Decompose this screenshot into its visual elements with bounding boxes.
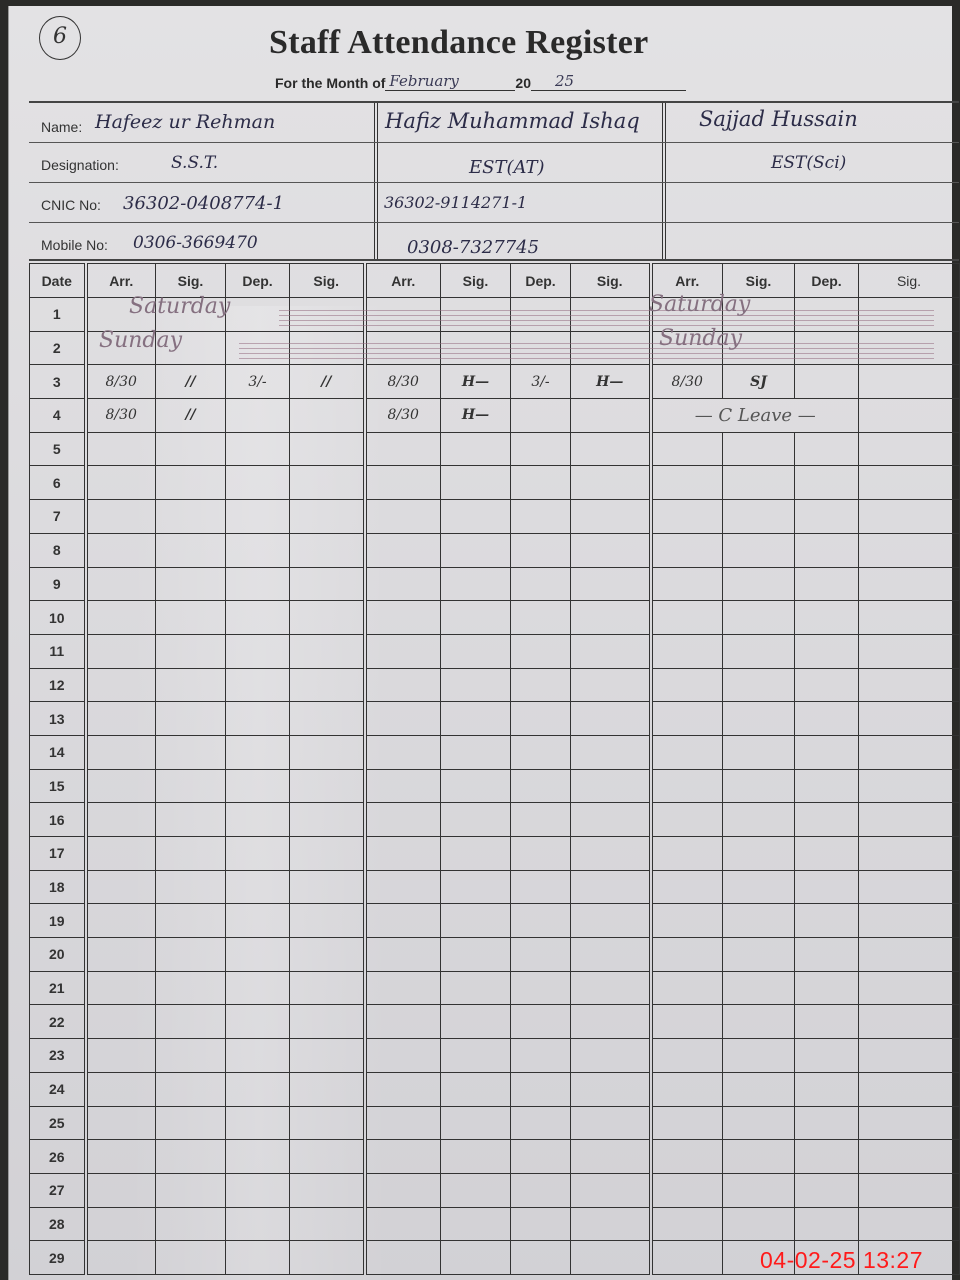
empty-cell: [723, 1173, 795, 1207]
empty-cell: [156, 769, 226, 803]
empty-cell: [571, 837, 651, 871]
table-row: 24: [30, 1072, 960, 1106]
empty-cell: [511, 634, 571, 668]
empty-cell: [290, 904, 365, 938]
empty-cell: [571, 904, 651, 938]
empty-cell: [511, 1140, 571, 1174]
header-sig: Sig.: [859, 264, 960, 298]
month-label: For the Month of: [275, 75, 385, 91]
empty-cell: [723, 803, 795, 837]
empty-cell: [511, 1173, 571, 1207]
date-cell: 18: [30, 870, 86, 904]
empty-cell: [511, 904, 571, 938]
empty-cell: [511, 567, 571, 601]
empty-cell: [511, 735, 571, 769]
empty-cell: [226, 1005, 290, 1039]
empty-cell: [156, 803, 226, 837]
date-cell: 17: [30, 837, 86, 871]
empty-cell: [511, 399, 571, 433]
empty-cell: [723, 432, 795, 466]
empty-cell: [365, 837, 441, 871]
empty-cell: [226, 1241, 290, 1275]
empty-cell: [795, 769, 859, 803]
empty-cell: [859, 533, 960, 567]
date-cell: 27: [30, 1173, 86, 1207]
empty-cell: [226, 769, 290, 803]
empty-cell: [859, 601, 960, 635]
empty-cell: [795, 735, 859, 769]
empty-cell: [795, 432, 859, 466]
signature-cell: H—: [441, 399, 511, 433]
empty-cell: [226, 938, 290, 972]
date-cell: 21: [30, 971, 86, 1005]
empty-cell: [651, 837, 723, 871]
empty-cell: [795, 1039, 859, 1073]
time-cell: 8/30: [86, 399, 156, 433]
empty-cell: [226, 971, 290, 1005]
empty-cell: [86, 803, 156, 837]
empty-cell: [859, 1005, 960, 1039]
empty-cell: [86, 1140, 156, 1174]
empty-cell: [365, 971, 441, 1005]
empty-cell: [651, 938, 723, 972]
table-row: 6: [30, 466, 960, 500]
empty-cell: [723, 1072, 795, 1106]
month-line: For the Month of February 20 25: [275, 72, 686, 91]
date-cell: 14: [30, 735, 86, 769]
empty-cell: [290, 971, 365, 1005]
empty-cell: [859, 702, 960, 736]
empty-cell: [441, 1207, 511, 1241]
empty-cell: [651, 904, 723, 938]
empty-cell: [86, 702, 156, 736]
empty-cell: [290, 601, 365, 635]
empty-cell: [859, 634, 960, 668]
holiday-strike-row-2: [239, 339, 934, 361]
empty-cell: [723, 668, 795, 702]
date-cell: 26: [30, 1140, 86, 1174]
empty-cell: [723, 837, 795, 871]
empty-cell: [511, 1106, 571, 1140]
empty-cell: [651, 769, 723, 803]
empty-cell: [795, 971, 859, 1005]
empty-cell: [859, 803, 960, 837]
empty-cell: [86, 1173, 156, 1207]
holiday-strike-row-1: [279, 306, 934, 328]
empty-cell: [156, 1173, 226, 1207]
staff-2-name: Hafiz Muhammad Ishaq: [385, 109, 640, 133]
date-cell: 6: [30, 466, 86, 500]
header-dep: Dep.: [226, 264, 290, 298]
empty-cell: [511, 870, 571, 904]
header-dep: Dep.: [795, 264, 859, 298]
empty-cell: [86, 1207, 156, 1241]
year-prefix: 20: [515, 75, 531, 91]
empty-cell: [723, 500, 795, 534]
table-row: 11: [30, 634, 960, 668]
empty-cell: [571, 702, 651, 736]
empty-cell: [290, 668, 365, 702]
empty-cell: [86, 870, 156, 904]
table-row: 38/30//3/-//8/30H—3/-H—8/30SJ: [30, 365, 960, 399]
empty-cell: [156, 702, 226, 736]
table-row: 27: [30, 1173, 960, 1207]
table-row: 15: [30, 769, 960, 803]
staff-3-designation: EST(Sci): [771, 153, 846, 173]
empty-cell: [441, 769, 511, 803]
table-row: 10: [30, 601, 960, 635]
empty-cell: [226, 601, 290, 635]
table-row: 9: [30, 567, 960, 601]
empty-cell: [441, 870, 511, 904]
empty-cell: [441, 601, 511, 635]
empty-cell: [795, 533, 859, 567]
empty-cell: [859, 1106, 960, 1140]
empty-cell: [651, 668, 723, 702]
empty-cell: [156, 1039, 226, 1073]
empty-cell: [226, 837, 290, 871]
time-cell: 8/30: [86, 365, 156, 399]
name-label: Name:: [41, 119, 82, 135]
empty-cell: [723, 769, 795, 803]
date-cell: 11: [30, 634, 86, 668]
empty-cell: [723, 702, 795, 736]
empty-cell: [859, 769, 960, 803]
empty-cell: [365, 870, 441, 904]
empty-cell: [859, 567, 960, 601]
table-row: 14: [30, 735, 960, 769]
empty-cell: [441, 1039, 511, 1073]
empty-cell: [859, 1207, 960, 1241]
empty-cell: [441, 500, 511, 534]
empty-cell: [795, 1140, 859, 1174]
cnic-row: CNIC No: 36302-0408774-1 36302-9114271-1: [29, 183, 959, 223]
empty-cell: [795, 601, 859, 635]
header-dep: Dep.: [511, 264, 571, 298]
empty-cell: [511, 938, 571, 972]
register-page: 6 Staff Attendance Register For the Mont…: [8, 6, 952, 1280]
year-value: 25: [531, 72, 686, 91]
empty-cell: [441, 904, 511, 938]
empty-cell: [290, 837, 365, 871]
empty-cell: [441, 432, 511, 466]
empty-cell: [86, 1106, 156, 1140]
empty-cell: [86, 533, 156, 567]
table-row: 5: [30, 432, 960, 466]
empty-cell: [795, 634, 859, 668]
empty-cell: [441, 1106, 511, 1140]
empty-cell: [723, 1039, 795, 1073]
empty-cell: [226, 1207, 290, 1241]
empty-cell: [651, 533, 723, 567]
empty-cell: [226, 1039, 290, 1073]
empty-cell: [511, 500, 571, 534]
empty-cell: [226, 1140, 290, 1174]
empty-cell: [651, 1039, 723, 1073]
empty-cell: [365, 432, 441, 466]
empty-cell: [290, 634, 365, 668]
empty-cell: [441, 837, 511, 871]
empty-cell: [86, 837, 156, 871]
empty-cell: [571, 1005, 651, 1039]
empty-cell: [859, 870, 960, 904]
empty-cell: [441, 1241, 511, 1275]
empty-cell: [156, 601, 226, 635]
empty-cell: [571, 634, 651, 668]
empty-cell: [226, 668, 290, 702]
empty-cell: [859, 735, 960, 769]
empty-cell: [365, 1005, 441, 1039]
time-cell: 3/-: [226, 365, 290, 399]
staff-2-designation: EST(AT): [469, 157, 545, 178]
empty-cell: [156, 1241, 226, 1275]
date-cell: 10: [30, 601, 86, 635]
empty-cell: [511, 601, 571, 635]
empty-cell: [511, 466, 571, 500]
empty-cell: [795, 870, 859, 904]
staff-1-cnic: 36302-0408774-1: [123, 193, 284, 214]
empty-cell: [571, 1106, 651, 1140]
empty-cell: [86, 466, 156, 500]
empty-cell: [795, 1207, 859, 1241]
date-cell: 28: [30, 1207, 86, 1241]
empty-cell: [859, 1039, 960, 1073]
empty-cell: [365, 702, 441, 736]
time-cell: 8/30: [365, 365, 441, 399]
empty-cell: [226, 533, 290, 567]
empty-cell: [723, 938, 795, 972]
date-cell: 25: [30, 1106, 86, 1140]
empty-cell: [441, 1005, 511, 1039]
empty-cell: [156, 634, 226, 668]
empty-cell: [365, 769, 441, 803]
empty-cell: [651, 1106, 723, 1140]
empty-cell: [86, 634, 156, 668]
empty-cell: [86, 1072, 156, 1106]
empty-cell: [511, 1241, 571, 1275]
empty-cell: [571, 1207, 651, 1241]
empty-cell: [226, 432, 290, 466]
name-row: Name: Hafeez ur Rehman Hafiz Muhammad Is…: [29, 103, 959, 143]
time-cell: 3/-: [511, 365, 571, 399]
empty-cell: [571, 769, 651, 803]
empty-cell: [156, 735, 226, 769]
staff-3-name: Sajjad Hussain: [699, 107, 858, 131]
empty-cell: [795, 1106, 859, 1140]
signature-cell: //: [156, 399, 226, 433]
empty-cell: [795, 803, 859, 837]
empty-cell: [365, 500, 441, 534]
header-sig: Sig.: [441, 264, 511, 298]
empty-cell: [511, 837, 571, 871]
empty-cell: [571, 399, 651, 433]
empty-cell: [86, 769, 156, 803]
empty-cell: [156, 1106, 226, 1140]
table-row: 48/30//8/30H—— C Leave —: [30, 399, 960, 433]
empty-cell: [571, 1241, 651, 1275]
table-row: 17: [30, 837, 960, 871]
date-cell: 20: [30, 938, 86, 972]
date-cell: 22: [30, 1005, 86, 1039]
empty-cell: [859, 466, 960, 500]
empty-cell: [859, 904, 960, 938]
empty-cell: [365, 1106, 441, 1140]
empty-cell: [365, 466, 441, 500]
empty-cell: [156, 1207, 226, 1241]
empty-cell: [226, 803, 290, 837]
empty-cell: [226, 466, 290, 500]
empty-cell: [86, 567, 156, 601]
empty-cell: [511, 533, 571, 567]
holiday-label-saturday: Saturday: [129, 294, 230, 319]
empty-cell: [441, 533, 511, 567]
empty-cell: [86, 735, 156, 769]
empty-cell: [156, 668, 226, 702]
cnic-label: CNIC No:: [41, 197, 101, 213]
empty-cell: [511, 668, 571, 702]
signature-cell: SJ: [723, 365, 795, 399]
empty-cell: [571, 432, 651, 466]
empty-cell: [156, 567, 226, 601]
header-sig: Sig.: [290, 264, 365, 298]
empty-cell: [441, 1072, 511, 1106]
empty-cell: [859, 500, 960, 534]
staff-1-name: Hafeez ur Rehman: [95, 111, 275, 133]
empty-cell: [651, 1173, 723, 1207]
empty-cell: [365, 1173, 441, 1207]
empty-cell: [795, 466, 859, 500]
empty-cell: [290, 432, 365, 466]
empty-cell: [651, 971, 723, 1005]
table-row: 28: [30, 1207, 960, 1241]
table-row: 25: [30, 1106, 960, 1140]
empty-cell: [723, 601, 795, 635]
empty-cell: [651, 1005, 723, 1039]
empty-cell: [290, 803, 365, 837]
empty-cell: [226, 904, 290, 938]
empty-cell: [290, 500, 365, 534]
empty-cell: [795, 500, 859, 534]
empty-cell: [441, 668, 511, 702]
empty-cell: [511, 702, 571, 736]
empty-cell: [441, 702, 511, 736]
empty-cell: [156, 938, 226, 972]
date-cell: 19: [30, 904, 86, 938]
empty-cell: [226, 1173, 290, 1207]
empty-cell: [365, 938, 441, 972]
empty-cell: [571, 668, 651, 702]
designation-label: Designation:: [41, 157, 119, 173]
empty-cell: [571, 601, 651, 635]
empty-cell: [156, 971, 226, 1005]
month-value: February: [385, 72, 515, 91]
empty-cell: [651, 1241, 723, 1275]
table-row: 8: [30, 533, 960, 567]
empty-cell: [651, 870, 723, 904]
designation-row: Designation: S.S.T. EST(AT) EST(Sci): [29, 143, 959, 183]
empty-cell: [651, 634, 723, 668]
empty-cell: [365, 1072, 441, 1106]
empty-cell: [226, 702, 290, 736]
empty-cell: [723, 1140, 795, 1174]
empty-cell: [571, 1039, 651, 1073]
empty-cell: [290, 769, 365, 803]
empty-cell: [795, 938, 859, 972]
empty-cell: [226, 500, 290, 534]
signature-cell: H—: [571, 365, 651, 399]
empty-cell: [859, 1173, 960, 1207]
empty-cell: [86, 1039, 156, 1073]
empty-cell: [795, 702, 859, 736]
empty-cell: [723, 567, 795, 601]
empty-cell: [723, 634, 795, 668]
holiday-label-saturday-staff-3: Saturday: [649, 292, 750, 317]
empty-cell: [290, 399, 365, 433]
empty-cell: [365, 1039, 441, 1073]
table-row: 16: [30, 803, 960, 837]
empty-cell: [723, 971, 795, 1005]
empty-cell: [86, 601, 156, 635]
empty-cell: [651, 702, 723, 736]
empty-cell: [651, 1207, 723, 1241]
empty-cell: [723, 904, 795, 938]
date-cell: 8: [30, 533, 86, 567]
empty-cell: [290, 1072, 365, 1106]
signature-cell: //: [290, 365, 365, 399]
empty-cell: [651, 466, 723, 500]
staff-2-mobile: 0308-7327745: [407, 237, 539, 258]
staff-info-block: Name: Hafeez ur Rehman Hafiz Muhammad Is…: [29, 101, 959, 261]
empty-cell: [365, 904, 441, 938]
leave-note-cell: — C Leave —: [651, 399, 859, 433]
empty-cell: [511, 1005, 571, 1039]
empty-cell: [226, 735, 290, 769]
table-row: 13: [30, 702, 960, 736]
table-row: 20: [30, 938, 960, 972]
empty-cell: [365, 567, 441, 601]
empty-cell: [156, 837, 226, 871]
header-sig: Sig.: [156, 264, 226, 298]
camera-timestamp: 04-02-25 13:27: [760, 1247, 923, 1274]
staff-1-designation: S.S.T.: [171, 153, 218, 173]
date-cell: 23: [30, 1039, 86, 1073]
empty-cell: [156, 500, 226, 534]
header-date: Date: [30, 264, 86, 298]
empty-cell: [723, 1106, 795, 1140]
header-arr: Arr.: [365, 264, 441, 298]
date-cell: 13: [30, 702, 86, 736]
table-row: 12: [30, 668, 960, 702]
table-header-row: Date Arr. Sig. Dep. Sig. Arr. Sig. Dep. …: [30, 264, 960, 298]
empty-cell: [859, 1140, 960, 1174]
empty-cell: [290, 938, 365, 972]
empty-cell: [365, 803, 441, 837]
empty-cell: [226, 634, 290, 668]
empty-cell: [795, 837, 859, 871]
empty-cell: [290, 1106, 365, 1140]
empty-cell: [651, 601, 723, 635]
empty-cell: [441, 634, 511, 668]
empty-cell: [571, 1173, 651, 1207]
empty-cell: [226, 399, 290, 433]
empty-cell: [651, 1072, 723, 1106]
empty-cell: [511, 1039, 571, 1073]
header-sig: Sig.: [571, 264, 651, 298]
empty-cell: [365, 533, 441, 567]
header-arr: Arr.: [86, 264, 156, 298]
empty-cell: [795, 567, 859, 601]
empty-cell: [511, 1072, 571, 1106]
